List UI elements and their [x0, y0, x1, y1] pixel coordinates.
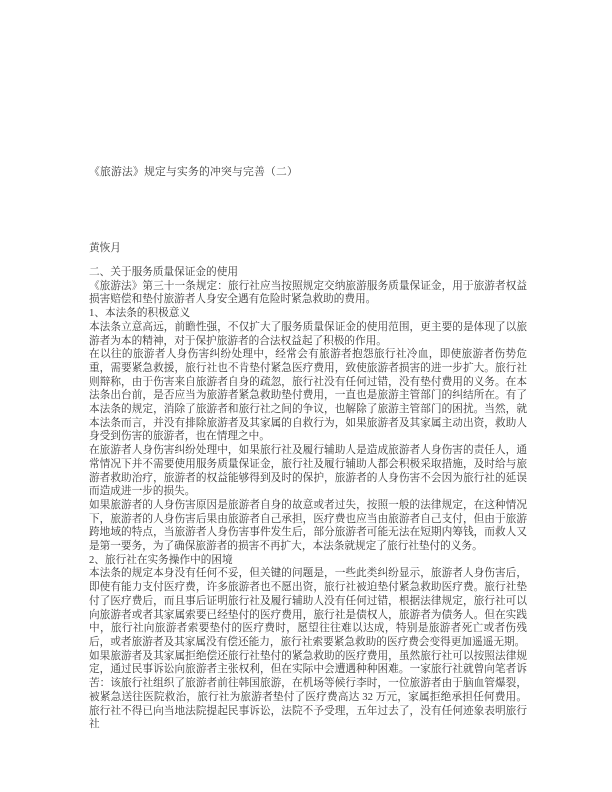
subheading-positive-significance: 1、本法条的积极意义: [89, 307, 527, 321]
document-page: 《旅游法》规定与实务的冲突与完善（二） 黄恢月 二、关于服务质量保证金的使用 《…: [0, 0, 612, 792]
section-heading: 二、关于服务质量保证金的使用: [89, 266, 527, 280]
paragraph-korea-case: 如果旅游者及其家属拒绝偿还旅行社垫付的紧急救助的医疗费用，虽然旅行社可以按照法律…: [89, 650, 527, 732]
subheading-practical-difficulties: 2、旅行社在实务操作中的困境: [89, 554, 527, 568]
document-title: 《旅游法》规定与实务的冲突与完善（二）: [89, 166, 527, 180]
paragraph-past-disputes: 在以往的旅游者人身伤害纠纷处理中，经常会有旅游者抱怨旅行社冷血，即使旅游者伤势危…: [89, 348, 527, 444]
document-body: 二、关于服务质量保证金的使用 《旅游法》第三十一条规定：旅行社应当按照规定交纳旅…: [89, 266, 527, 732]
paragraph-legislative-intent: 本法条立意高远，前瞻性强，不仅扩大了服务质量保证金的使用范围，更主要的是体现了以…: [89, 321, 527, 348]
paragraph-liability-cases: 在旅游者人身伤害纠纷处理中，如果旅行社及履行辅助人是造成旅游者人身伤害的责任人，…: [89, 444, 527, 499]
author-name: 黄恢月: [89, 242, 527, 256]
paragraph-tourist-own-fault: 如果旅游者的人身伤害原因是旅游者自身的故意或者过失，按照一般的法律规定，在这种情…: [89, 499, 527, 554]
paragraph-law-article: 《旅游法》第三十一条规定：旅行社应当按照规定交纳旅游服务质量保证金，用于旅游者权…: [89, 280, 527, 307]
paragraph-repayment-problems: 本法条的规定本身没有任何不妥，但关键的问题是，一些此类纠纷显示，旅游者人身伤害后…: [89, 567, 527, 649]
